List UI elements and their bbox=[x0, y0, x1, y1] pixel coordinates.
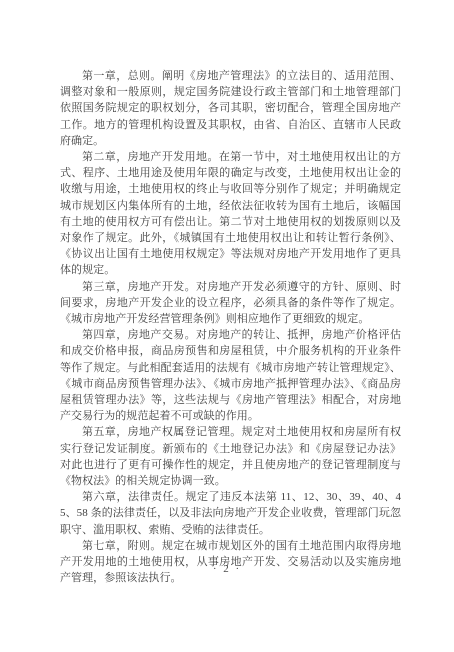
paragraph-chapter-2: 第二章，房地产开发用地。在第一节中，对土地使用权出让的方式、程序、土地用途及使用… bbox=[60, 149, 401, 279]
body-text: 第一章，总则。阐明《房地产管理法》的立法目的、适用范围、调整对象和一般原则，规定… bbox=[60, 68, 401, 587]
paragraph-chapter-6: 第六章，法律责任。规定了违反本法第 11、12、30、39、40、45、58 条… bbox=[60, 489, 401, 538]
document-page: 第一章，总则。阐明《房地产管理法》的立法目的、适用范围、调整对象和一般原则，规定… bbox=[0, 0, 454, 652]
paragraph-chapter-5: 第五章，房地产权属登记管理。规定对土地使用权和房屋所有权实行登记发证制度。新颁布… bbox=[60, 424, 401, 489]
paragraph-chapter-4: 第四章，房地产交易。对房地产的转让、抵押，房地产价格评估和成交价格申报，商品房预… bbox=[60, 327, 401, 424]
paragraph-chapter-1: 第一章，总则。阐明《房地产管理法》的立法目的、适用范围、调整对象和一般原则，规定… bbox=[60, 68, 401, 149]
page-number: · 2 · bbox=[0, 563, 454, 575]
paragraph-chapter-3: 第三章，房地产开发。对房地产开发必须遵守的方针、原则、时间要求，房地产开发企业的… bbox=[60, 279, 401, 328]
